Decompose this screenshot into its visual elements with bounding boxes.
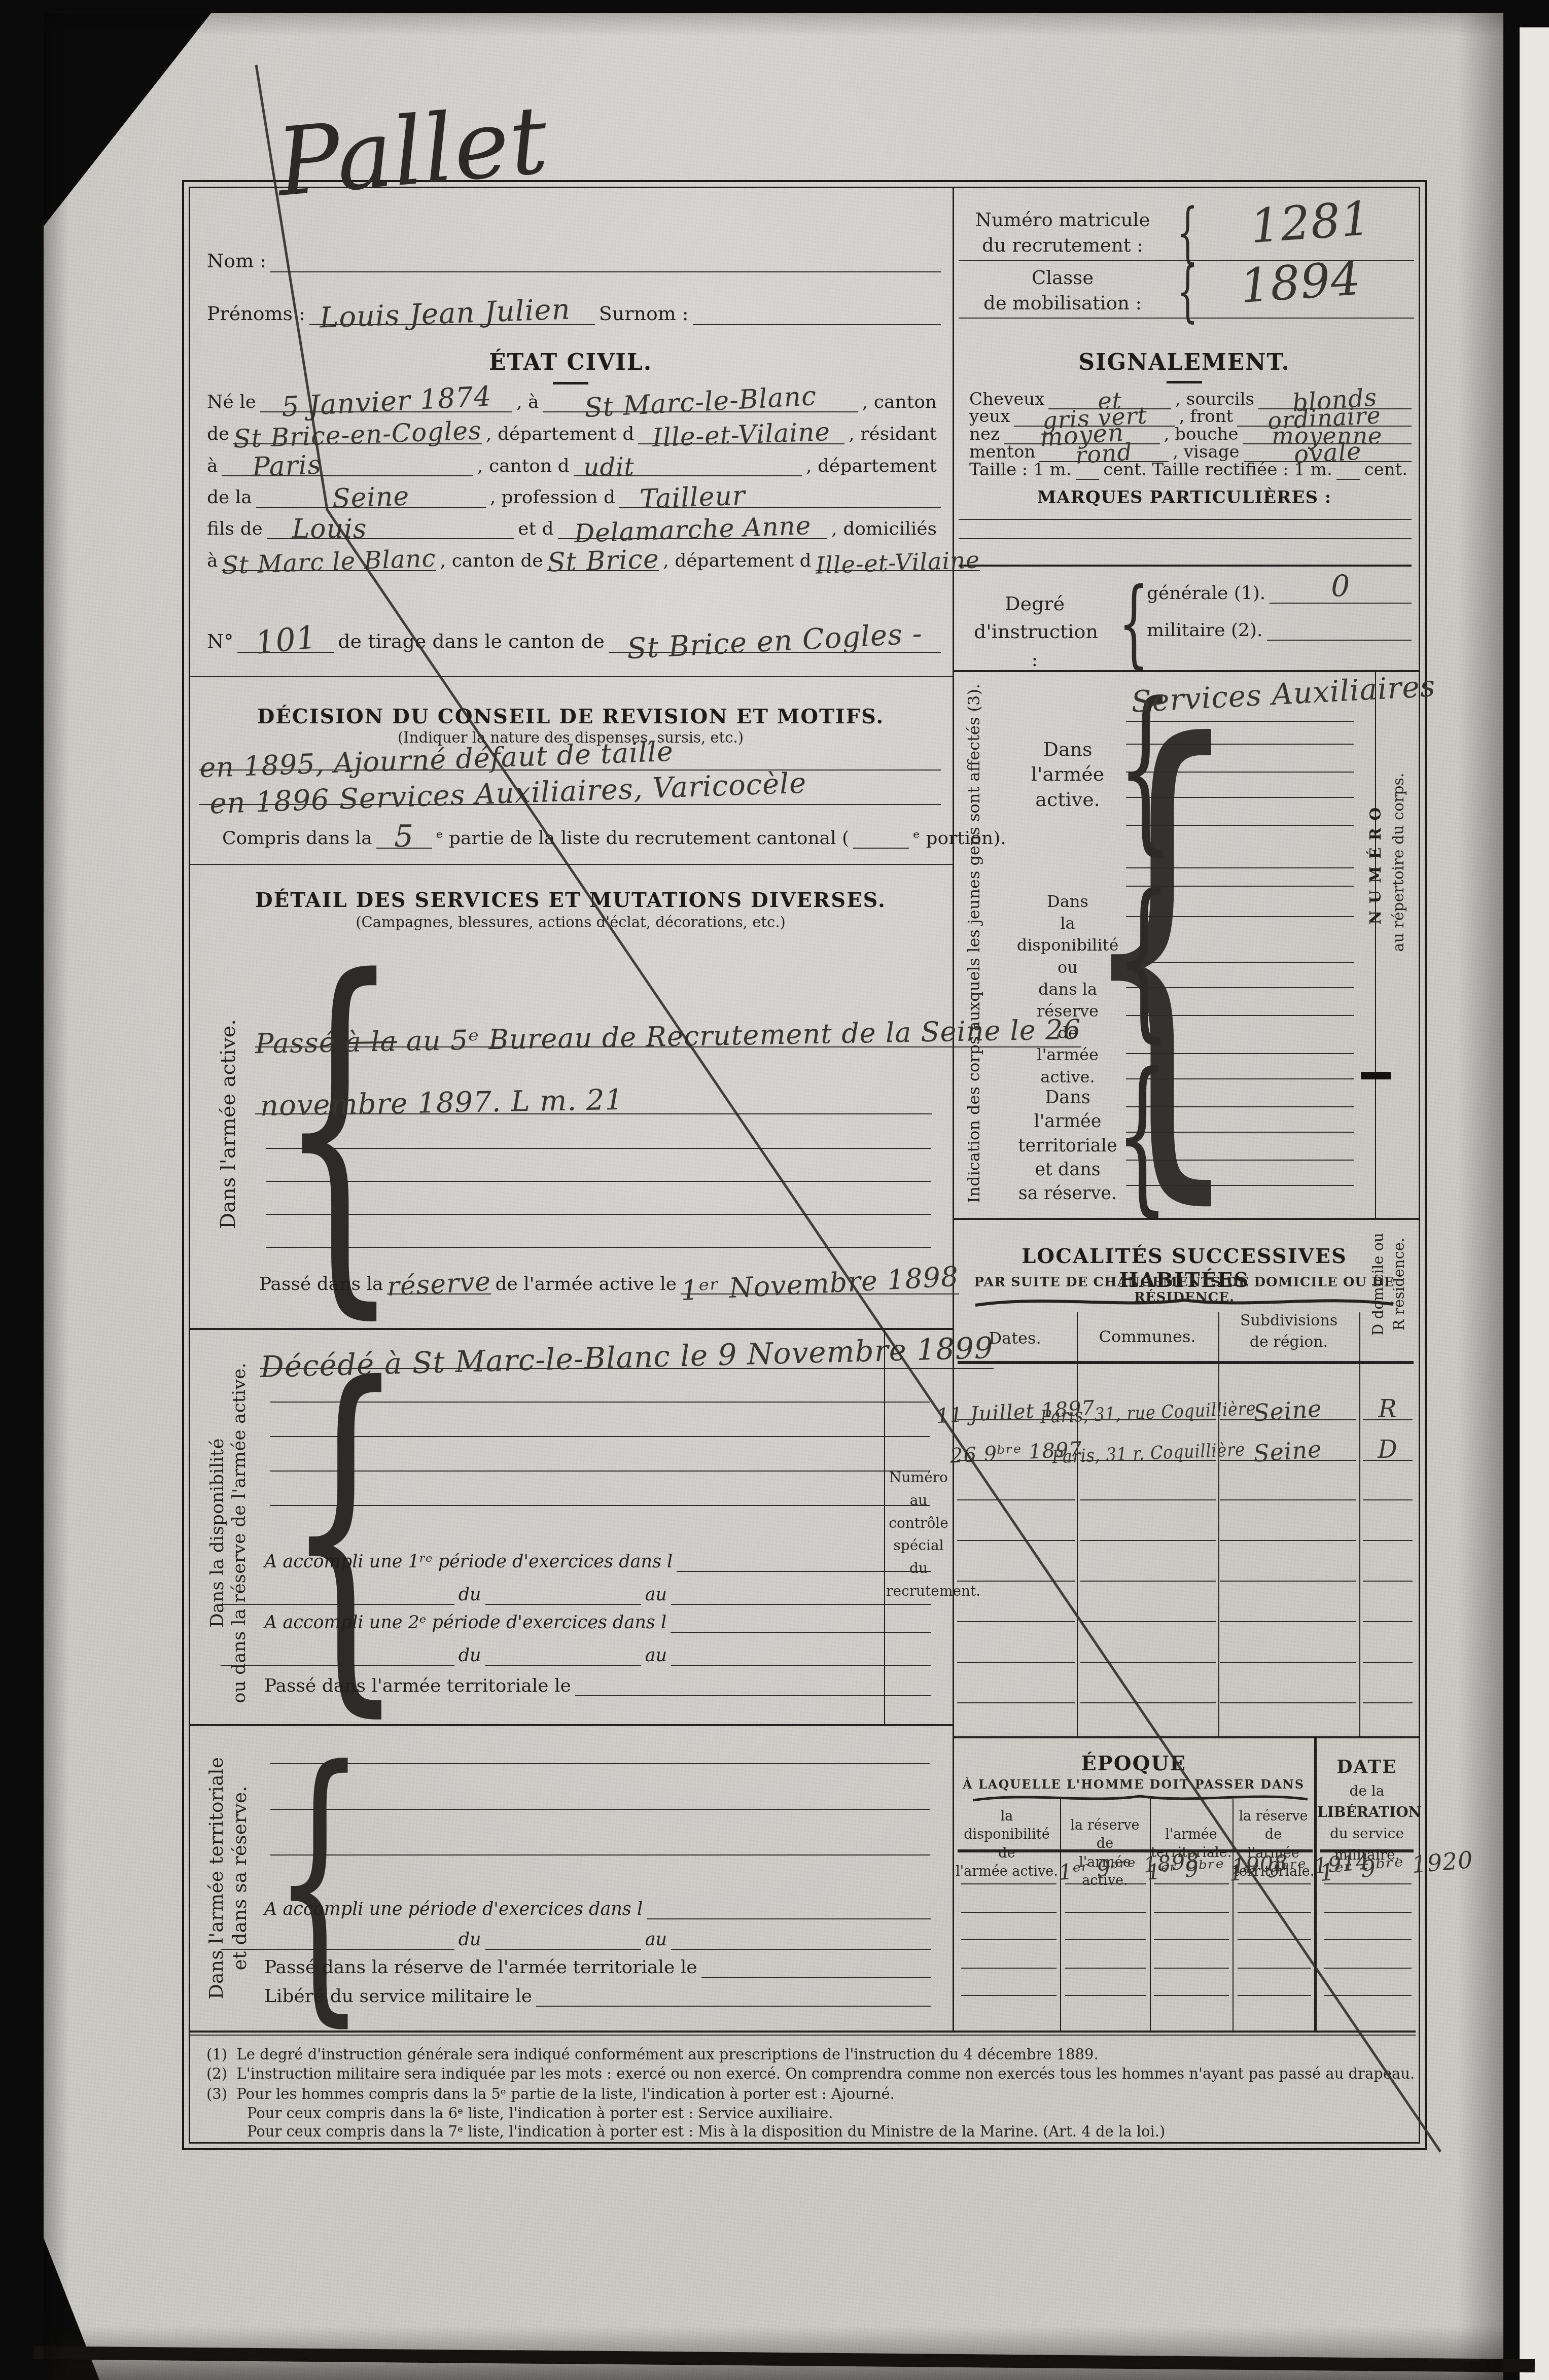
ruled-line	[1154, 1995, 1229, 1996]
hw-value: Seine	[1253, 1396, 1323, 1424]
passe-res-terr-field	[701, 1977, 931, 1978]
compris-row: Compris dans la 5 ᵉ partie de la liste d…	[218, 823, 898, 849]
register-mark	[1361, 1072, 1391, 1079]
residence-line: à Paris , canton d udit , département	[203, 451, 941, 476]
ruled-line	[957, 1702, 1075, 1703]
ruled-line	[1126, 886, 1354, 887]
armee-active-brace	[217, 933, 462, 1318]
corps-group2-brace	[1089, 872, 1199, 1044]
ruled-line	[1126, 1015, 1354, 1016]
domicile-field: St Marc le Blanc	[222, 550, 436, 571]
label: fils de	[203, 518, 267, 539]
label: Passé dans l'armée territoriale le	[260, 1675, 575, 1696]
label: , département d	[659, 550, 815, 571]
residence-field: Paris	[222, 453, 473, 476]
footnote-2: (2) L'instruction militaire sera indiqué…	[206, 2065, 1415, 2082]
ruled-line	[1154, 1912, 1229, 1913]
du-field	[485, 1604, 641, 1605]
hw-value: 5 Janvier 1874	[280, 382, 492, 421]
corps-group3-brace	[1089, 1051, 1195, 1218]
ruled-line	[1126, 916, 1354, 917]
controle-column-divider	[884, 1328, 885, 1724]
ruled-line	[1363, 1581, 1413, 1582]
hw-value: réserve	[386, 1269, 492, 1301]
firstname-row: Prénoms : Louis Jean Julien Surnom :	[203, 301, 941, 325]
label: Passé dans la	[255, 1274, 387, 1294]
torn-corner	[44, 13, 211, 226]
periode3-dates-row: du au	[221, 1926, 931, 1950]
ruled-line	[957, 1662, 1075, 1663]
col-header-dates: Dates.	[956, 1328, 1074, 1348]
birth-line-2: de St Brice-en-Cogles , département d Il…	[203, 419, 941, 444]
label: Taille : 1 m.	[965, 460, 1076, 480]
hw-value: Louis	[292, 516, 367, 542]
degre-generale-row: générale (1). 0	[1143, 581, 1412, 604]
hw-value: Paris	[252, 452, 323, 481]
hw-value: 101	[254, 621, 318, 659]
ruled-line	[1324, 1883, 1412, 1884]
ruled-line	[1080, 1662, 1216, 1663]
section-divider	[190, 676, 953, 677]
taille-rect-field	[1336, 479, 1360, 480]
ruled-line	[1324, 1912, 1412, 1913]
label: , résidant	[844, 424, 941, 444]
ruled-line	[1126, 1132, 1354, 1133]
ruled-line	[961, 1912, 1057, 1913]
title-dash	[1167, 381, 1202, 383]
ruled-line	[1126, 1185, 1354, 1186]
label: , département d	[482, 424, 638, 444]
label: militaire (2).	[1143, 620, 1267, 641]
decision-field-1: en 1895, Ajourné défaut de taille	[199, 746, 941, 771]
page-bottom-shadow	[44, 2326, 1503, 2380]
ruled-line	[1065, 1912, 1146, 1913]
ruled-line	[1126, 962, 1354, 963]
label: de l'armée active le	[491, 1274, 681, 1294]
hw-value: 0	[1331, 571, 1350, 601]
section-divider	[953, 1218, 1419, 1220]
taille-field	[1076, 479, 1100, 480]
label: du	[454, 1585, 485, 1605]
ruled-line	[1080, 1581, 1216, 1582]
hw-value: novembre 1897. L m. 21	[260, 1086, 624, 1121]
ruled-line	[1126, 721, 1354, 722]
decision-hw-row-1: en 1895, Ajourné défaut de taille	[199, 744, 941, 771]
section-divider	[953, 1736, 1419, 1738]
localites-col-line-2	[1218, 1312, 1219, 1736]
partie-field: 5	[376, 821, 432, 849]
residence-dept-field: Seine	[256, 484, 486, 508]
ruled-line	[1154, 1883, 1229, 1884]
ruled-line	[1065, 1883, 1146, 1884]
footnote-3: (3) Pour les hommes compris dans la 5ᵉ p…	[206, 2085, 895, 2103]
services-hw-row-1: Passé à la au 5ᵉ Bureau de Recrutement d…	[255, 1014, 932, 1047]
decision-hw-row-2: en 1896 Services Auxiliaires, Varicocèle	[199, 779, 941, 805]
ruled-line	[1220, 1499, 1356, 1500]
ruled-line	[266, 1247, 931, 1248]
ruled-line	[270, 1471, 930, 1472]
main-column-divider	[953, 188, 954, 2031]
label: , profession d	[486, 487, 619, 508]
ruled-line	[1220, 1540, 1356, 1541]
ruled-line	[1126, 797, 1354, 798]
ruled-line	[957, 1499, 1075, 1500]
hw-value: Delamarche Anne	[574, 513, 812, 546]
hw-value: 1ᵉʳ Novembre 1898	[680, 1263, 960, 1305]
ruled-line	[1126, 825, 1354, 826]
next-page-edge	[1520, 27, 1549, 2380]
col-header-domicile-residence: D domicile ouR résidence.	[1368, 1208, 1409, 1360]
menton-field: rond	[1039, 442, 1169, 462]
label: A accompli une 2ᵉ période d'exercices da…	[260, 1613, 671, 1633]
repertoire-column-divider	[1375, 670, 1376, 1218]
canton-field: St Brice-en-Cogles	[233, 422, 482, 444]
ruled-line	[1324, 1939, 1412, 1940]
ruled-line	[1126, 987, 1354, 988]
hw-value: St Marc le Blanc	[222, 546, 437, 578]
etat-civil-title: ÉTAT CIVIL.	[393, 349, 748, 375]
label: au	[641, 1585, 671, 1605]
epoque-col1-header: ladisponibilitédel'armée active.	[956, 1807, 1058, 1881]
passe-territoriale-row: Passé dans l'armée territoriale le	[260, 1672, 931, 1696]
signalement-title: SIGNALEMENT.	[1007, 349, 1362, 375]
departement-field: Ille-et-Vilaine	[638, 422, 844, 444]
label: , domiciliés	[827, 518, 941, 539]
blank-field	[221, 1604, 454, 1605]
ruled-line	[1154, 1968, 1229, 1969]
tirage-line: N° 101 de tirage dans le canton de St Br…	[203, 625, 941, 653]
ruled-line	[959, 565, 1412, 567]
ruled-line	[270, 1854, 930, 1856]
visage-field: ovale	[1244, 441, 1412, 462]
ruled-line	[1154, 1939, 1229, 1940]
ruled-line	[1080, 1621, 1216, 1622]
label: N°	[203, 631, 237, 653]
marques-title: MARQUES PARTICULIÈRES :	[1007, 487, 1362, 508]
ruled-line	[1220, 1702, 1356, 1703]
hw-value: R	[1378, 1397, 1397, 1421]
periode2-dates-row: du au	[221, 1641, 931, 1666]
ruled-line	[1238, 1995, 1311, 1996]
du-field	[485, 1665, 641, 1666]
label: du	[454, 1930, 485, 1950]
hw-value: St Brice en Cogles -	[626, 620, 923, 663]
ruled-line	[1065, 1995, 1146, 1996]
col-header-subdivisions: Subdivisionsde région.	[1221, 1310, 1357, 1353]
label: Libéré du service militaire le	[260, 1986, 536, 2007]
passe-reserve-row: Passé dans la réserve de l'armée active …	[255, 1266, 932, 1294]
ruled-line	[957, 1540, 1075, 1541]
decision-title: DÉCISION DU CONSEIL DE REVISION ET MOTIF…	[241, 705, 900, 728]
tirage-canton-field: St Brice en Cogles -	[609, 627, 941, 653]
prenoms-field: Louis Jean Julien	[309, 300, 595, 325]
passe-reserve-territoriale-row: Passé dans la réserve de l'armée territo…	[260, 1953, 931, 1978]
au-field	[671, 1949, 931, 1950]
hw-value: D	[1378, 1438, 1397, 1462]
ruled-line	[961, 1995, 1057, 1996]
ruled-line	[1238, 1912, 1311, 1913]
ruled-line	[957, 1621, 1075, 1622]
surnom-label: Surnom :	[595, 303, 693, 325]
ruled-line	[1324, 1995, 1412, 1996]
indication-corps-vertical-label: Indication des corps auxquels les jeunes…	[964, 675, 983, 1212]
services-field-2: novembre 1897. L m. 21	[255, 1089, 932, 1114]
label: à	[203, 550, 222, 571]
periode2-field	[671, 1632, 931, 1633]
ruled-line	[1080, 1702, 1216, 1703]
label: Né le	[203, 392, 260, 412]
degre-militaire-field	[1267, 640, 1412, 641]
periode1-dates-row: du au	[221, 1581, 931, 1605]
label: A accompli une 1ʳᵉ période d'exercices d…	[260, 1552, 677, 1572]
ruled-line	[1238, 1883, 1311, 1884]
label: , département	[802, 456, 941, 476]
ruled-line	[961, 1883, 1057, 1884]
ruled-line	[957, 1581, 1075, 1582]
au-field	[671, 1604, 931, 1605]
ruled-line	[266, 1214, 931, 1215]
profession-field: Tailleur	[619, 484, 941, 508]
ruled-line	[1065, 1939, 1146, 1940]
ruled-line	[266, 1148, 931, 1149]
label: , à	[512, 392, 543, 412]
deces-row: Décédé à St Marc-le-Blanc le 9 Novembre …	[260, 1339, 930, 1369]
libere-row: Libéré du service militaire le	[260, 1982, 931, 2007]
footnotes-top-rule-2	[190, 2035, 1416, 2036]
label: Compris dans la	[218, 828, 376, 849]
matricule-label: Numéro matriculedu recrutement :	[966, 207, 1159, 258]
ruled-line	[961, 1968, 1057, 1969]
ruled-line	[1324, 1968, 1412, 1969]
localites-row2-commune: Paris, 31 r. Coquillière	[1080, 1428, 1216, 1461]
handwritten-surname-large: Pallet	[273, 93, 552, 210]
label: et d	[514, 518, 557, 539]
label: , canton d	[473, 456, 574, 476]
label: du	[454, 1646, 485, 1666]
register-form: Nom : Prénoms : Louis Jean Julien Surnom…	[189, 187, 1420, 2144]
decision-field-2: en 1896 Services Auxiliaires, Varicocèle	[199, 780, 941, 805]
struck-text: à la	[344, 1025, 397, 1058]
reserve-date-field: 1ᵉʳ Novembre 1898	[681, 1270, 959, 1294]
section-divider	[190, 864, 953, 865]
label: ᵉ portion).	[909, 828, 1010, 849]
label: de la	[203, 487, 256, 508]
ruled-line	[1363, 1499, 1413, 1500]
nom-field	[270, 271, 941, 272]
father-field: Louis	[267, 516, 514, 539]
label: à	[203, 456, 222, 476]
localites-row2-subdiv: Seine	[1220, 1428, 1356, 1461]
ruled-line	[1220, 1621, 1356, 1622]
periode3-row: A accompli une période d'exercices dans …	[260, 1895, 931, 1919]
ruled-line	[959, 318, 1414, 319]
ruled-line	[270, 1436, 930, 1437]
domicile-line: à St Marc le Blanc , canton de St Brice …	[203, 546, 941, 571]
label: générale (1).	[1143, 583, 1270, 604]
paper-sheet: Pallet Nom : Prénoms : Louis Jean Julien…	[44, 13, 1503, 2380]
numero-controle-label: Numéroau contrôle spécial durecrutement.	[886, 1466, 951, 1603]
degre-militaire-row: militaire (2).	[1143, 618, 1412, 641]
label: cent.	[1360, 460, 1412, 480]
ruled-line	[1126, 1106, 1354, 1107]
hw-value: Seine	[332, 483, 410, 512]
degre-generale-field: 0	[1270, 571, 1412, 604]
ruled-line	[1220, 1662, 1356, 1663]
localites-col-line-3	[1359, 1312, 1360, 1736]
hw-value: St Brice-en-Cogles	[233, 417, 482, 451]
ruled-line	[1080, 1540, 1216, 1541]
epoque-date-col-divider	[1314, 1736, 1317, 2031]
ruled-line	[1220, 1581, 1356, 1582]
ruled-line	[270, 1402, 930, 1403]
ruled-line	[1363, 1621, 1413, 1622]
ruled-line	[1080, 1499, 1216, 1500]
domicile-canton-field: St Brice	[547, 548, 659, 571]
label: , canton de	[436, 550, 547, 571]
decorative-swash	[970, 1790, 1311, 1804]
tirage-number-field: 101	[237, 624, 334, 653]
ruled-line	[270, 1505, 930, 1506]
degre-label: Degréd'instruction :	[974, 590, 1096, 674]
services-field-1: Passé à la au 5ᵉ Bureau de Recrutement d…	[255, 1023, 1081, 1047]
ruled-line	[270, 1809, 930, 1810]
label: cent. Taille rectifiée : 1 m.	[1099, 460, 1336, 480]
scanned-register-page: Pallet Nom : Prénoms : Louis Jean Julien…	[0, 0, 1549, 2380]
prenoms-value: Louis Jean Julien	[319, 295, 571, 332]
epoque-subtitle: À LAQUELLE L'HOMME DOIT PASSER DANS	[959, 1777, 1309, 1792]
hw-value: Passé à la au 5ᵉ Bureau de Recrutement d…	[255, 1016, 1081, 1058]
epoque-title: ÉPOQUE	[959, 1752, 1309, 1775]
label: Passé dans la réserve de l'armée territo…	[260, 1957, 701, 1978]
birth-date-field: 5 Janvier 1874	[260, 388, 512, 412]
localites-row1-subdiv: Seine	[1220, 1388, 1356, 1420]
birth-place-field: St Marc-le-Blanc	[543, 389, 858, 412]
ruled-line	[1126, 1078, 1354, 1079]
taille-row: Taille : 1 m. cent. Taille rectifiée : 1…	[965, 461, 1412, 480]
ruled-line	[1363, 1540, 1413, 1541]
periode3-field	[647, 1918, 931, 1919]
blank-field	[221, 1949, 454, 1950]
du-field	[485, 1949, 641, 1950]
label: de	[203, 424, 233, 444]
hw-value: Tailleur	[639, 482, 746, 512]
ruled-line	[959, 538, 1412, 539]
classe-brace	[1167, 258, 1209, 324]
passe-territoriale-field	[575, 1695, 931, 1696]
surnom-field	[693, 324, 941, 325]
hw-value: St Brice	[547, 546, 659, 576]
ruled-line	[1126, 744, 1354, 745]
localites-row2-dr: D	[1363, 1428, 1413, 1461]
classe-label: Classede mobilisation :	[966, 265, 1159, 316]
label: de tirage dans le canton de	[334, 631, 609, 653]
ruled-line	[1126, 772, 1354, 773]
mother-field: Delamarche Anne	[558, 517, 828, 539]
ruled-line	[1238, 1939, 1311, 1940]
hw-value: St Marc-le-Blanc	[584, 383, 817, 422]
ruled-line	[959, 519, 1412, 520]
matricule-value: 1281	[1249, 195, 1372, 250]
hw-value: udit	[584, 455, 635, 479]
nom-label: Nom :	[203, 250, 270, 272]
ruled-line	[270, 1763, 930, 1764]
numero-repertoire-vertical-label: NUMÉRO au répertoire du corps.	[1364, 695, 1410, 1030]
au-field	[671, 1665, 931, 1666]
footnote-1: (1) Le degré d'instruction générale sera…	[206, 2046, 1099, 2063]
reserve-field: réserve	[387, 1271, 491, 1294]
footnote-5: Pour ceux compris dans la 7ᵉ liste, l'in…	[247, 2123, 1165, 2140]
footnotes-top-rule	[190, 2031, 1416, 2033]
decorative-swash	[971, 1293, 1397, 1310]
hw-value: Seine	[1253, 1437, 1323, 1465]
footnote-4: Pour ceux compris dans la 6ᵉ liste, l'in…	[247, 2105, 833, 2122]
ruled-line	[1363, 1662, 1413, 1663]
ruled-line	[1238, 1968, 1311, 1969]
portion-field	[853, 848, 909, 849]
label: ᵉ partie de la liste du recrutement cant…	[432, 828, 853, 849]
localites-row1-commune: Paris, 31, rue Coquillière	[1080, 1388, 1216, 1420]
name-row: Nom :	[203, 248, 941, 272]
label: A accompli une période d'exercices dans …	[260, 1899, 647, 1919]
col-header-communes: Communes.	[1079, 1327, 1215, 1346]
periode2-row: A accompli une 2ᵉ période d'exercices da…	[260, 1608, 931, 1633]
ruled-line	[266, 1181, 931, 1182]
label: au	[641, 1930, 671, 1950]
localites-col-line-1	[1077, 1312, 1078, 1736]
ruled-line	[1065, 1968, 1146, 1969]
ruled-line	[1126, 1160, 1354, 1161]
hw-value: Ille-et-Vilaine	[815, 548, 980, 577]
localites-row1-dr: R	[1363, 1388, 1413, 1420]
classe-value: 1894	[1239, 255, 1362, 310]
periode1-row: A accompli une 1ʳᵉ période d'exercices d…	[260, 1548, 931, 1572]
services-hw-row-2: novembre 1897. L m. 21	[255, 1082, 932, 1114]
parents-line: fils de Louis et d Delamarche Anne , dom…	[203, 514, 941, 539]
ruled-line	[1126, 1053, 1354, 1054]
blank-field	[221, 1665, 454, 1666]
label: au	[641, 1646, 671, 1666]
departement-profession-line: de la Seine , profession d Tailleur	[203, 482, 941, 508]
libere-field	[536, 2006, 931, 2007]
birth-line-1: Né le 5 Janvier 1874 , à St Marc-le-Blan…	[203, 387, 941, 412]
table-header-rule	[958, 1361, 1414, 1364]
hw-value: Paris, 31 r. Coquillière	[1051, 1441, 1245, 1466]
prenoms-label: Prénoms :	[203, 303, 309, 325]
residence-canton-field: udit	[574, 455, 802, 476]
ruled-line	[1363, 1702, 1413, 1703]
title-dash	[553, 382, 588, 384]
domicile-dept-field: Ille-et-Vilaine	[816, 551, 980, 571]
ruled-line	[961, 1939, 1057, 1940]
label: , canton	[858, 392, 941, 412]
hw-value: 5	[394, 821, 414, 852]
hw-value: Ille-et-Vilaine	[652, 419, 831, 450]
